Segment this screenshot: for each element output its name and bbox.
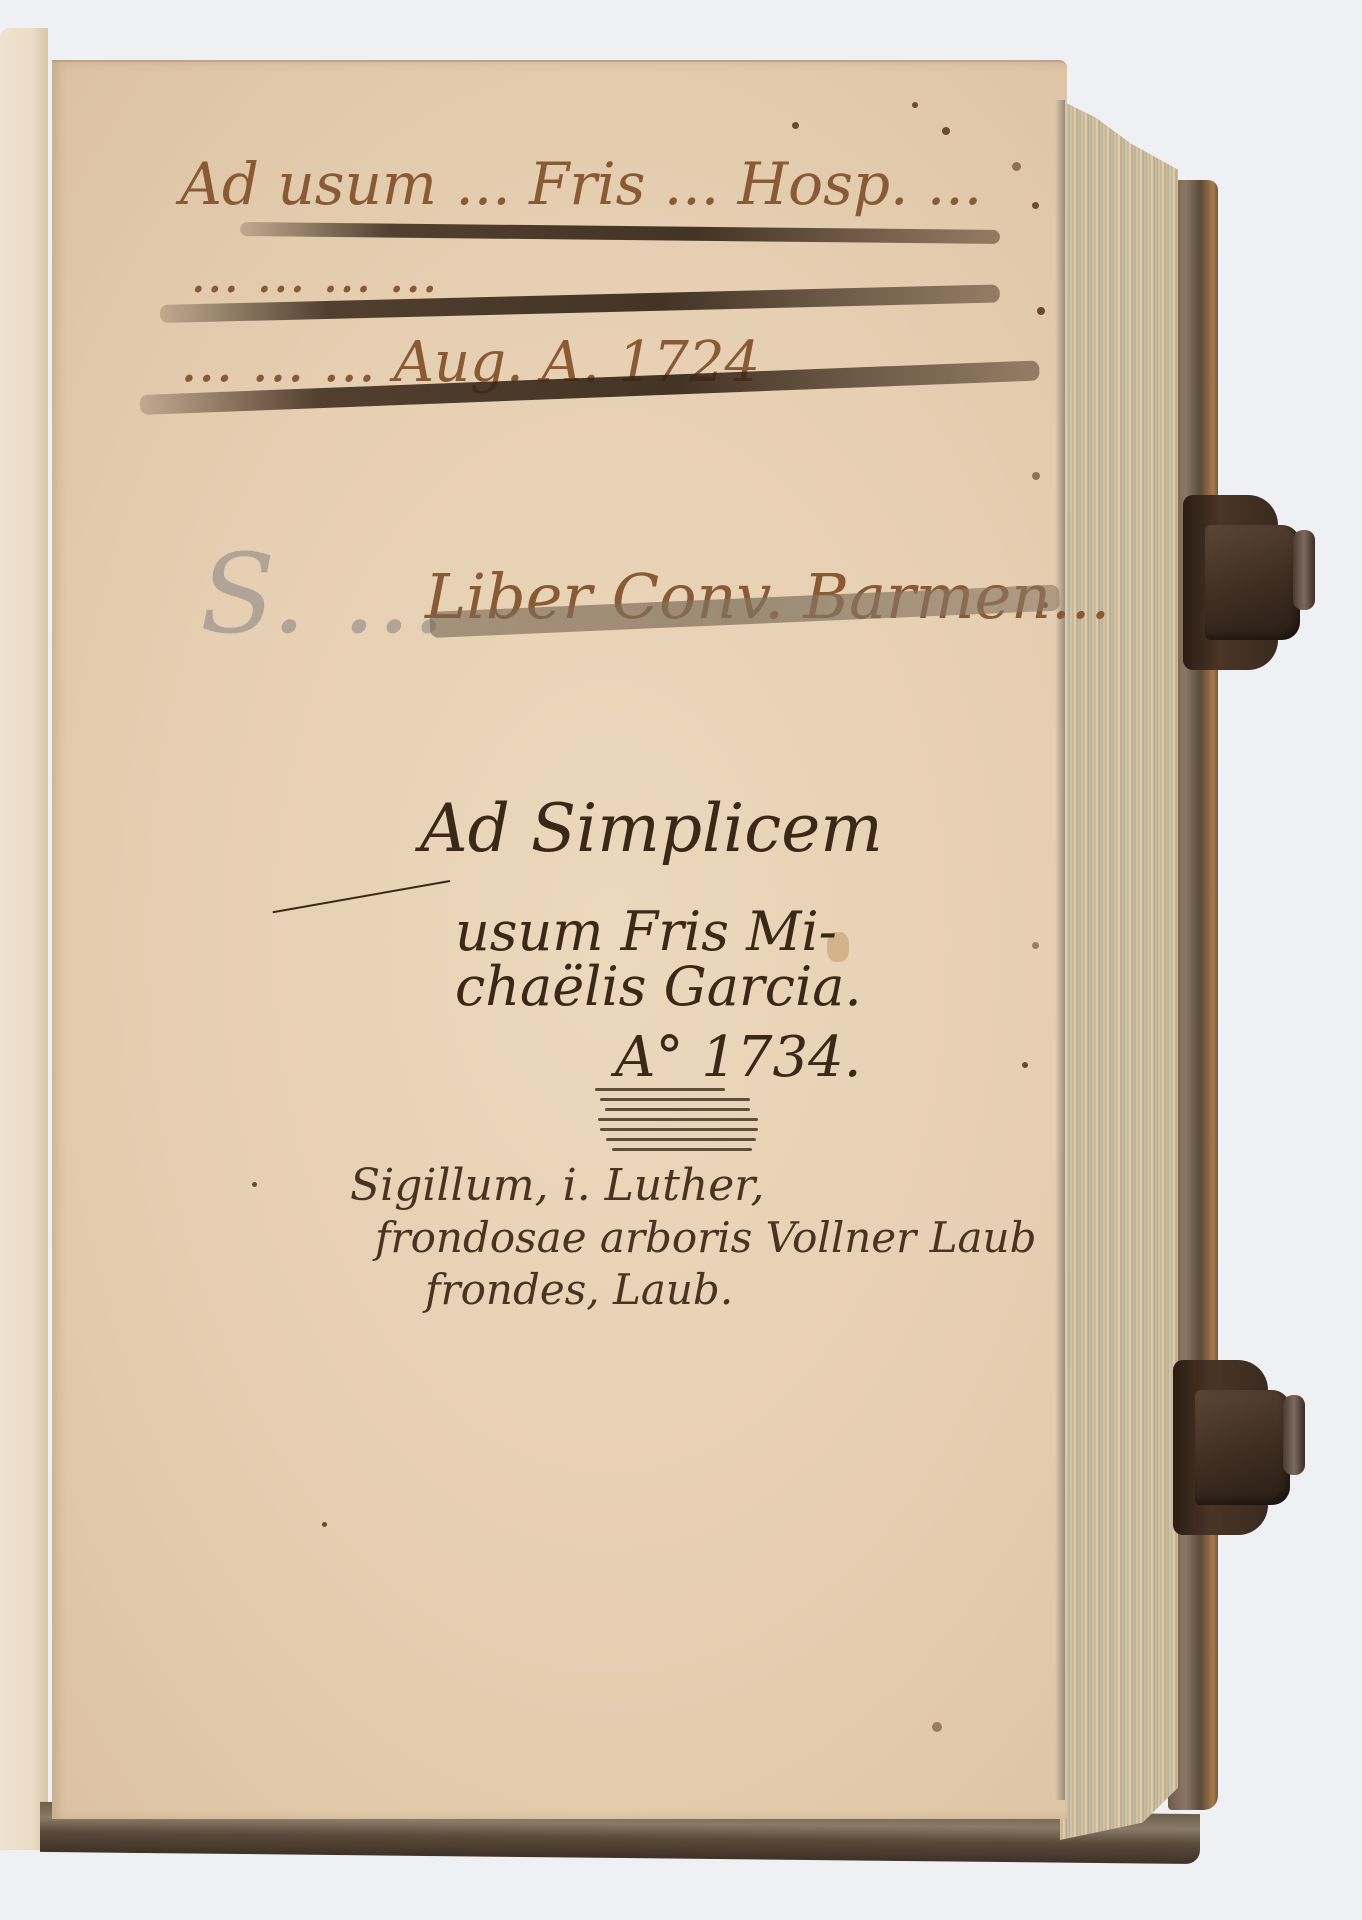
pencil-mark: S. ... <box>200 530 446 658</box>
foxing-speck <box>1032 202 1039 209</box>
hatch-line <box>600 1128 758 1131</box>
clasp-hook <box>1283 1395 1305 1475</box>
upper-clasp <box>1175 485 1325 685</box>
foxing-speck <box>1012 162 1021 171</box>
ownership-line-1: Ad Simplicem <box>420 790 883 867</box>
foxing-speck <box>1032 942 1039 949</box>
ownership-year: A° 1734. <box>615 1025 862 1090</box>
hatch-line <box>606 1138 756 1141</box>
clasp-plate <box>1195 1390 1290 1505</box>
foxing-speck <box>932 1722 942 1732</box>
foxing-speck <box>792 122 799 129</box>
clasp-plate <box>1205 525 1300 640</box>
clasp-hook <box>1293 530 1315 610</box>
foxing-speck <box>322 1522 327 1527</box>
foxing-speck <box>1037 307 1045 315</box>
ownership-line-2: usum Fris Mi- <box>455 900 837 963</box>
foxing-speck <box>1022 1062 1028 1068</box>
facing-left-page <box>0 28 48 1850</box>
note-line-2: frondosae arboris Vollner Laub <box>375 1213 1036 1262</box>
lower-clasp <box>1165 1350 1315 1540</box>
page-edge-shadow <box>1055 100 1065 1800</box>
foxing-speck <box>1032 472 1040 480</box>
ownership-line-3: chaëlis Garcia. <box>455 955 862 1018</box>
struck-inscription-line-2: ... ... ... ... <box>190 245 438 305</box>
foxing-speck <box>252 1182 257 1187</box>
page-block-fore-edge <box>1060 100 1178 1840</box>
foxing-speck <box>912 102 918 108</box>
hatch-line <box>612 1148 752 1151</box>
note-line-1: Sigillum, i. Luther, <box>350 1160 764 1211</box>
hatch-line <box>595 1088 725 1091</box>
struck-inscription-line-1: Ad usum ... Fris ... Hosp. ... <box>180 150 982 218</box>
note-line-3: frondes, Laub. <box>425 1265 733 1314</box>
hatch-line <box>598 1118 758 1121</box>
foxing-speck <box>942 127 950 135</box>
hatch-line <box>605 1108 750 1111</box>
hatch-line <box>600 1098 750 1101</box>
